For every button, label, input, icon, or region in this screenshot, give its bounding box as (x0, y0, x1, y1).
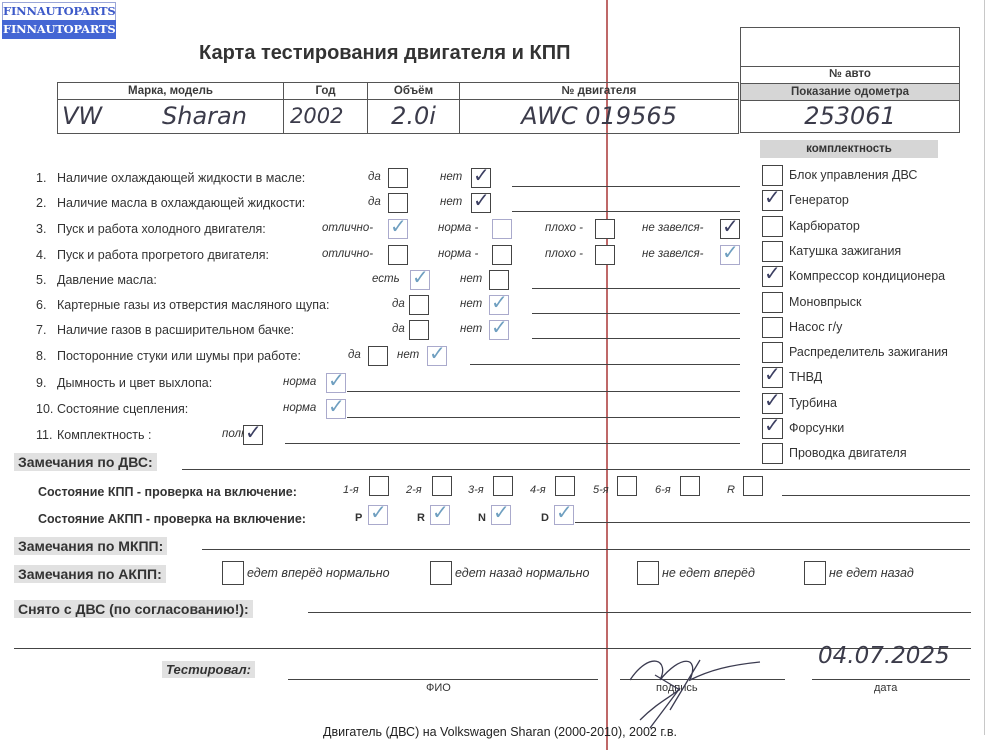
notes-line[interactable] (532, 288, 740, 289)
tested-by-label: Тестировал: (162, 661, 255, 678)
engine-no-value: AWC 019565 (460, 100, 738, 133)
checkmark-icon: ✓ (473, 163, 490, 187)
notes-line[interactable] (285, 443, 740, 444)
completeness-checkbox[interactable] (762, 292, 783, 313)
option-checkbox[interactable] (368, 346, 388, 366)
option-checkbox[interactable] (595, 219, 615, 239)
checkmark-icon: ✓ (412, 265, 429, 289)
odometer-label: Показание одометра (741, 83, 959, 101)
completeness-checkbox[interactable]: ✓ (762, 393, 783, 414)
completeness-checkbox[interactable] (762, 216, 783, 237)
option-label: норма - (438, 248, 478, 260)
check-number: 9. (36, 376, 46, 390)
option-label: нет (440, 171, 462, 183)
notes-line[interactable] (532, 338, 740, 339)
option-checkbox[interactable]: ✓ (471, 168, 491, 188)
completeness-label: Блок управления ДВС (789, 168, 917, 182)
removed-parts-field[interactable] (308, 612, 971, 613)
option-checkbox[interactable]: ✓ (489, 320, 509, 340)
completeness-checkbox[interactable] (762, 342, 783, 363)
completeness-label: ТНВД (789, 370, 822, 384)
mode-checkbox[interactable]: ✓ (491, 505, 511, 525)
notes-line[interactable] (347, 391, 740, 392)
signature-scribble (610, 640, 790, 730)
year-value: 2002 (290, 100, 366, 133)
option-label: нет (460, 323, 482, 335)
check-label: Наличие газов в расширительном бачке: (57, 323, 294, 337)
make-value: VW (62, 100, 122, 133)
model-value: Sharan (162, 100, 282, 133)
check-label: Картерные газы из отверстия масляного щу… (57, 298, 329, 312)
option-label: отлично- (322, 248, 373, 260)
option-checkbox[interactable]: ✓ (326, 373, 346, 393)
check-number: 4. (36, 248, 46, 262)
gear-checkbox[interactable] (680, 476, 700, 496)
auto-no-label: № авто (741, 68, 959, 80)
check-label: Давление масла: (57, 273, 157, 287)
check-label: Пуск и работа холодного двигателя: (57, 222, 266, 236)
gear-checkbox[interactable] (369, 476, 389, 496)
checkmark-icon: ✓ (722, 214, 739, 238)
gear-label: 3-я (468, 484, 484, 496)
checkmark-icon: ✓ (491, 290, 508, 314)
gear-label: 2-я (406, 484, 422, 496)
checkmark-icon: ✓ (473, 188, 490, 212)
notes-line[interactable] (347, 417, 740, 418)
option-label: есть (372, 273, 400, 285)
check-number: 7. (36, 323, 46, 337)
option-label: отлично- (322, 222, 373, 234)
auto-remark-checkbox[interactable] (222, 561, 244, 585)
option-label: не завелся- (642, 248, 704, 260)
gear-label: 5-я (593, 484, 609, 496)
option-label: да (392, 298, 405, 310)
check-number: 8. (36, 349, 46, 363)
mode-label: N (478, 512, 486, 524)
checkmark-icon: ✓ (432, 500, 449, 524)
checkmark-icon: ✓ (722, 240, 739, 264)
auto-remark-checkbox[interactable] (430, 561, 452, 585)
engine-remarks-field[interactable] (182, 469, 970, 470)
option-label: норма (283, 402, 316, 414)
completeness-label: Насос г/у (789, 320, 842, 334)
option-label: да (348, 349, 361, 361)
image-caption: Двигатель (ДВС) на Volkswagen Sharan (20… (0, 725, 1000, 739)
brand-logo-inverted: FINNAUTOPARTS (2, 20, 116, 39)
checkmark-icon: ✓ (491, 315, 508, 339)
auto-remark-checkbox[interactable] (804, 561, 826, 585)
name-caption: ФИО (426, 682, 451, 694)
mode-label: R (417, 512, 425, 524)
engine-remarks-label: Замечания по ДВС: (14, 453, 157, 471)
auto-remark-label: не едет вперёд (662, 566, 755, 580)
check-number: 2. (36, 196, 46, 210)
completeness-header: комплектность (760, 140, 938, 158)
completeness-label: Турбина (789, 396, 837, 410)
auto-remarks-label: Замечания по АКПП: (14, 565, 166, 583)
option-checkbox[interactable]: ✓ (720, 219, 740, 239)
gear-checkbox[interactable] (493, 476, 513, 496)
gear-checkbox[interactable] (555, 476, 575, 496)
volume-value: 2.0i (368, 100, 459, 133)
checkmark-icon: ✓ (429, 341, 446, 365)
check-label: Наличие охлаждающей жидкости в масле: (57, 171, 305, 185)
checkmark-icon: ✓ (245, 420, 262, 444)
check-label: Посторонние стуки или шумы при работе: (57, 349, 301, 363)
notes-line[interactable] (512, 211, 740, 212)
option-label: да (368, 196, 381, 208)
option-checkbox[interactable]: ✓ (471, 193, 491, 213)
check-number: 11. (36, 428, 52, 442)
checkmark-icon: ✓ (764, 388, 781, 412)
gear-label: 6-я (655, 484, 671, 496)
option-label: нет (460, 298, 482, 310)
check-number: 5. (36, 273, 46, 287)
col-header-make: Марка, модель (58, 83, 283, 100)
option-checkbox[interactable]: ✓ (427, 346, 447, 366)
option-checkbox[interactable] (388, 193, 408, 213)
check-number: 1. (36, 171, 46, 185)
option-label: не завелся- (642, 222, 704, 234)
option-label: плохо - (545, 248, 583, 260)
check-label: Дымность и цвет выхлопа: (57, 376, 212, 390)
completeness-checkbox[interactable] (762, 317, 783, 338)
col-header-year: Год (284, 83, 367, 100)
auto-gearbox-notes[interactable] (575, 522, 970, 523)
completeness-label: Моновпрыск (789, 295, 861, 309)
completeness-checkbox[interactable] (762, 241, 783, 262)
col-header-engine-no: № двигателя (460, 83, 738, 100)
completeness-label: Генератор (789, 193, 849, 207)
completeness-label: Компрессор кондиционера (789, 269, 945, 283)
completeness-checkbox[interactable]: ✓ (762, 418, 783, 439)
auto-remark-label: едет назад нормально (455, 566, 589, 580)
col-header-volume: Объём (368, 83, 459, 100)
checkmark-icon: ✓ (493, 500, 510, 524)
completeness-checkbox[interactable] (762, 443, 783, 464)
option-checkbox[interactable] (409, 320, 429, 340)
completeness-label: Распределитель зажигания (789, 345, 948, 359)
check-label: Наличие масла в охлаждающей жидкости: (57, 196, 305, 210)
check-number: 10. (36, 402, 53, 416)
completeness-checkbox[interactable] (762, 165, 783, 186)
check-label: Пуск и работа прогретого двигателя: (57, 248, 269, 262)
checkmark-icon: ✓ (328, 394, 345, 418)
gear-checkbox[interactable] (617, 476, 637, 496)
checkmark-icon: ✓ (764, 413, 781, 437)
notes-line[interactable] (470, 364, 740, 365)
option-label: норма (283, 376, 316, 388)
manual-remarks-label: Замечания по МКПП: (14, 537, 167, 555)
check-number: 3. (36, 222, 46, 236)
option-checkbox[interactable] (595, 245, 615, 265)
option-checkbox[interactable]: ✓ (243, 425, 263, 445)
date-field[interactable] (812, 679, 970, 680)
date-caption: дата (874, 682, 897, 694)
tester-name-field[interactable] (288, 679, 598, 680)
option-label: нет (397, 349, 419, 361)
manual-gearbox-notes[interactable] (782, 495, 970, 496)
mode-checkbox[interactable]: ✓ (368, 505, 388, 525)
gear-checkbox[interactable] (432, 476, 452, 496)
manual-remarks-field[interactable] (202, 549, 970, 550)
completeness-label: Форсунки (789, 421, 844, 435)
option-checkbox[interactable] (492, 245, 512, 265)
completeness-label: Проводка двигателя (789, 446, 907, 460)
option-checkbox[interactable]: ✓ (489, 295, 509, 315)
completeness-checkbox[interactable]: ✓ (762, 266, 783, 287)
option-label: нет (440, 196, 462, 208)
gear-label: 4-я (530, 484, 546, 496)
completeness-label: Карбюратор (789, 219, 860, 233)
option-label: да (392, 323, 405, 335)
option-checkbox[interactable] (492, 219, 512, 239)
auto-remark-label: не едет назад (829, 566, 914, 580)
checkmark-icon: ✓ (370, 500, 387, 524)
check-number: 6. (36, 298, 46, 312)
vehicle-info-table: Марка, модель Год Объём № двигателя VW S… (57, 82, 739, 134)
option-label: плохо - (545, 222, 583, 234)
checkmark-icon: ✓ (556, 500, 573, 524)
odometer-value: 253061 (741, 100, 959, 133)
check-label: Состояние сцепления: (57, 402, 188, 416)
mode-checkbox[interactable]: ✓ (430, 505, 450, 525)
mode-label: D (541, 512, 549, 524)
brand-logo: FINNAUTOPARTS (2, 2, 116, 21)
gear-label: R (727, 484, 735, 496)
auto-remark-checkbox[interactable] (637, 561, 659, 585)
option-checkbox[interactable] (388, 245, 408, 265)
option-checkbox[interactable] (388, 168, 408, 188)
option-checkbox[interactable]: ✓ (410, 270, 430, 290)
option-checkbox[interactable] (489, 270, 509, 290)
checkmark-icon: ✓ (764, 185, 781, 209)
auto-remark-label: едет вперёд нормально (247, 566, 390, 580)
option-label: нет (460, 273, 482, 285)
option-checkbox[interactable]: ✓ (388, 219, 408, 239)
date-value: 04.07.2025 (818, 640, 950, 673)
mode-label: P (355, 512, 362, 524)
notes-line[interactable] (512, 186, 740, 187)
auto-gearbox-label: Состояние АКПП - проверка на включение: (38, 512, 306, 526)
removed-parts-label: Снято с ДВС (по согласованию!): (14, 600, 253, 618)
completeness-checkbox[interactable]: ✓ (762, 190, 783, 211)
checkmark-icon: ✓ (390, 214, 407, 238)
manual-gearbox-label: Состояние КПП - проверка на включение: (38, 485, 297, 499)
completeness-label: Катушка зажигания (789, 244, 901, 258)
option-checkbox[interactable]: ✓ (720, 245, 740, 265)
mode-checkbox[interactable]: ✓ (554, 505, 574, 525)
gear-label: 1-я (343, 484, 359, 496)
checkmark-icon: ✓ (764, 261, 781, 285)
option-label: норма - (438, 222, 478, 234)
option-checkbox[interactable]: ✓ (326, 399, 346, 419)
checkmark-icon: ✓ (328, 368, 345, 392)
check-label: Комплектность : (57, 428, 151, 442)
completeness-checkbox[interactable]: ✓ (762, 367, 783, 388)
option-label: да (368, 171, 381, 183)
notes-line[interactable] (532, 313, 740, 314)
option-checkbox[interactable] (409, 295, 429, 315)
page-edge-line (984, 0, 985, 735)
vehicle-number-box: № авто Показание одометра 253061 (740, 27, 960, 133)
page-title: Карта тестирования двигателя и КПП (199, 42, 570, 65)
gear-checkbox[interactable] (743, 476, 763, 496)
checkmark-icon: ✓ (764, 362, 781, 386)
